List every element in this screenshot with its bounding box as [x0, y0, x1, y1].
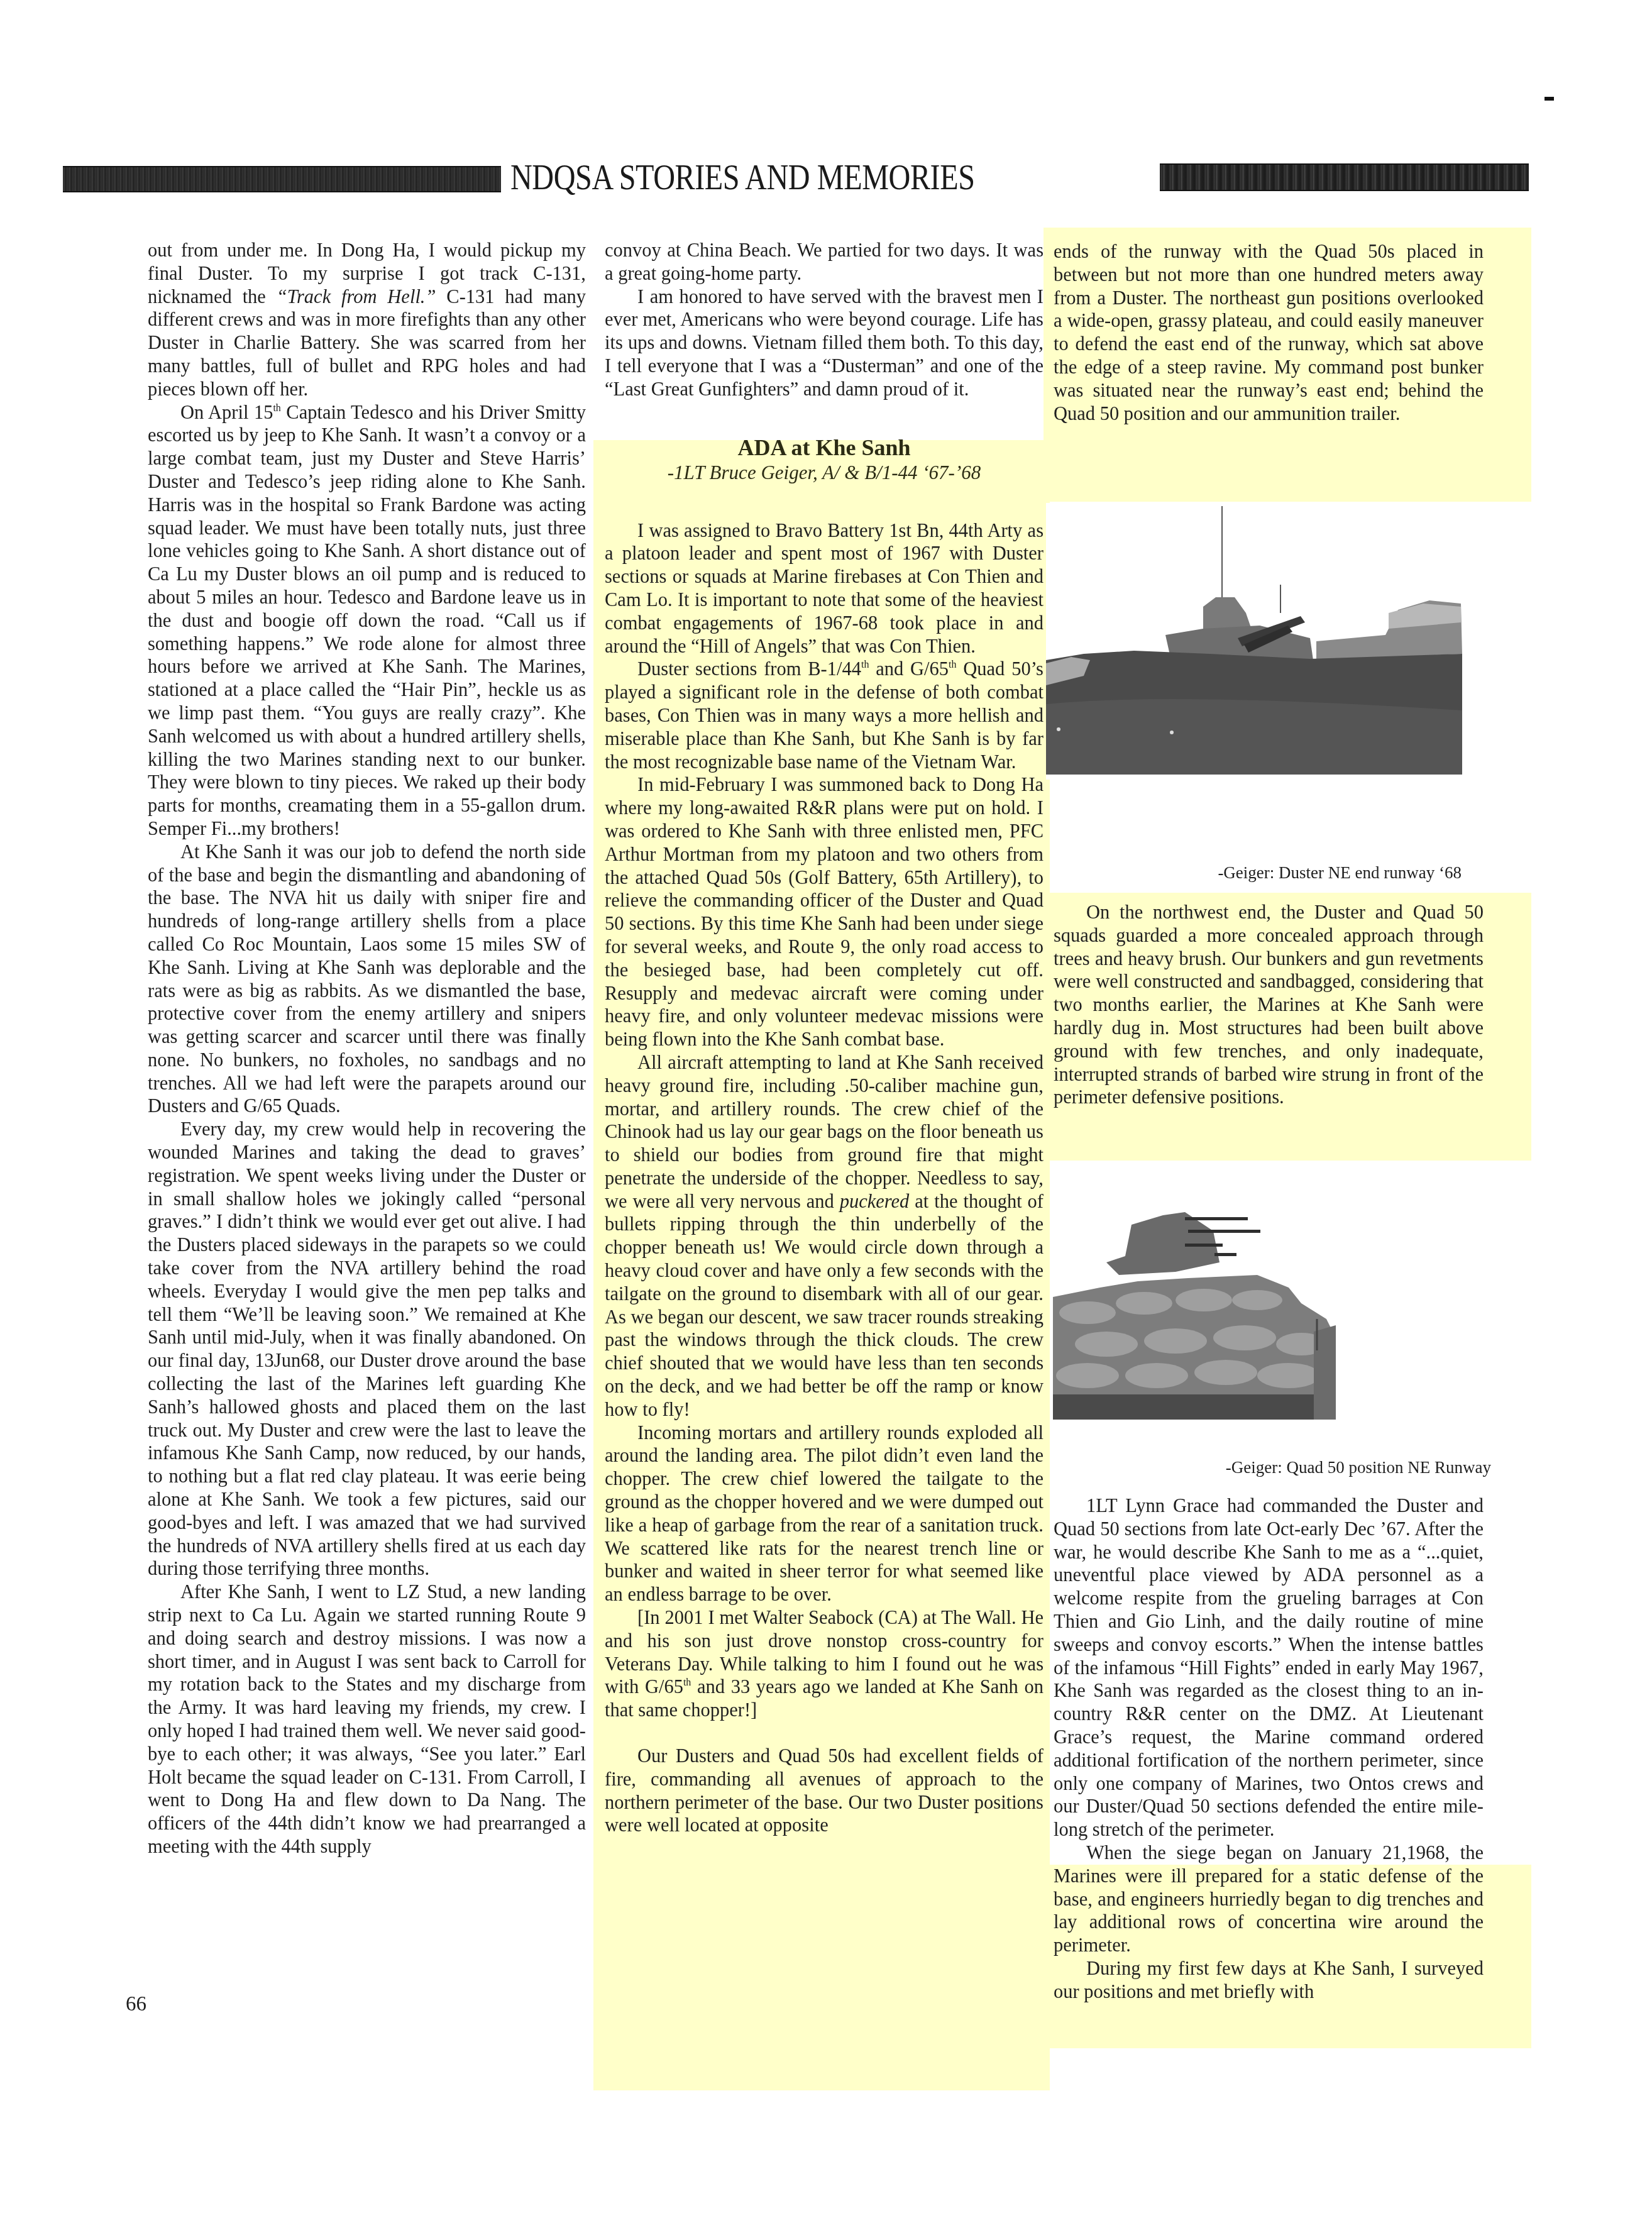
column-1: out from under me. In Dong Ha, I would p…	[148, 239, 586, 1858]
paragraph: Every day, my crew would help in recover…	[148, 1118, 586, 1581]
highlight-col3-left-strip	[1044, 1161, 1050, 1500]
scan-artifact	[1545, 97, 1554, 101]
paragraph: ends of the runway with the Quad 50s pla…	[1054, 240, 1484, 425]
column-2: convoy at China Beach. We partied for tw…	[605, 239, 1044, 1837]
paragraph: When the siege began on January 21,1968,…	[1054, 1841, 1484, 1957]
column-3: ends of the runway with the Quad 50s pla…	[1054, 240, 1484, 425]
paragraph: convoy at China Beach. We partied for tw…	[605, 239, 1044, 285]
paragraph: Our Dusters and Quad 50s had excellent f…	[605, 1745, 1044, 1837]
paragraph: Duster sections from B-1/44th and G/65th…	[605, 658, 1044, 773]
photo-duster-ne-runway	[1046, 503, 1496, 780]
header-bar-right	[1160, 163, 1529, 191]
header-bar-left	[63, 166, 501, 192]
paragraph: In mid-February I was summoned back to D…	[605, 773, 1044, 1051]
quad50-photo-image	[1050, 1162, 1490, 1438]
duster-photo-image	[1046, 503, 1496, 780]
article-title: ADA at Khe Sanh	[605, 434, 1044, 461]
paragraph: 1LT Lynn Grace had commanded the Duster …	[1054, 1494, 1484, 1841]
paragraph: All aircraft attempting to land at Khe S…	[605, 1051, 1044, 1421]
column-3-bottom: 1LT Lynn Grace had commanded the Duster …	[1054, 1494, 1484, 2004]
paragraph: [In 2001 I met Walter Seabock (CA) at Th…	[605, 1606, 1044, 1722]
page-number: 66	[126, 1993, 146, 2016]
paragraph: Incoming mortars and artillery rounds ex…	[605, 1421, 1044, 1606]
photo-quad50-ne-runway	[1050, 1162, 1490, 1438]
section-title: NDQSA STORIES AND MEMORIES	[510, 156, 975, 200]
paragraph: out from under me. In Dong Ha, I would p…	[148, 239, 586, 401]
photo-caption: -Geiger: Duster NE end runway ‘68	[1044, 863, 1462, 883]
article-byline: -1LT Bruce Geiger, A/ & B/1-44 ‘67-’68	[605, 461, 1044, 484]
paragraph: I am honored to have served with the bra…	[605, 285, 1044, 401]
paragraph: During my first few days at Khe Sanh, I …	[1054, 1957, 1484, 2004]
paragraph: After Khe Sanh, I went to LZ Stud, a new…	[148, 1581, 586, 1858]
paragraph: I was assigned to Bravo Battery 1st Bn, …	[605, 519, 1044, 658]
paragraph: On April 15th Captain Tedesco and his Dr…	[148, 401, 586, 841]
section-header: NDQSA STORIES AND MEMORIES	[63, 162, 1529, 195]
paragraph: On the northwest end, the Duster and Qua…	[1054, 901, 1484, 1109]
paragraph: At Khe Sanh it was our job to defend the…	[148, 841, 586, 1118]
photo-caption: -Geiger: Quad 50 position NE Runway	[1044, 1457, 1491, 1477]
column-3-middle: On the northwest end, the Duster and Qua…	[1054, 901, 1484, 1109]
